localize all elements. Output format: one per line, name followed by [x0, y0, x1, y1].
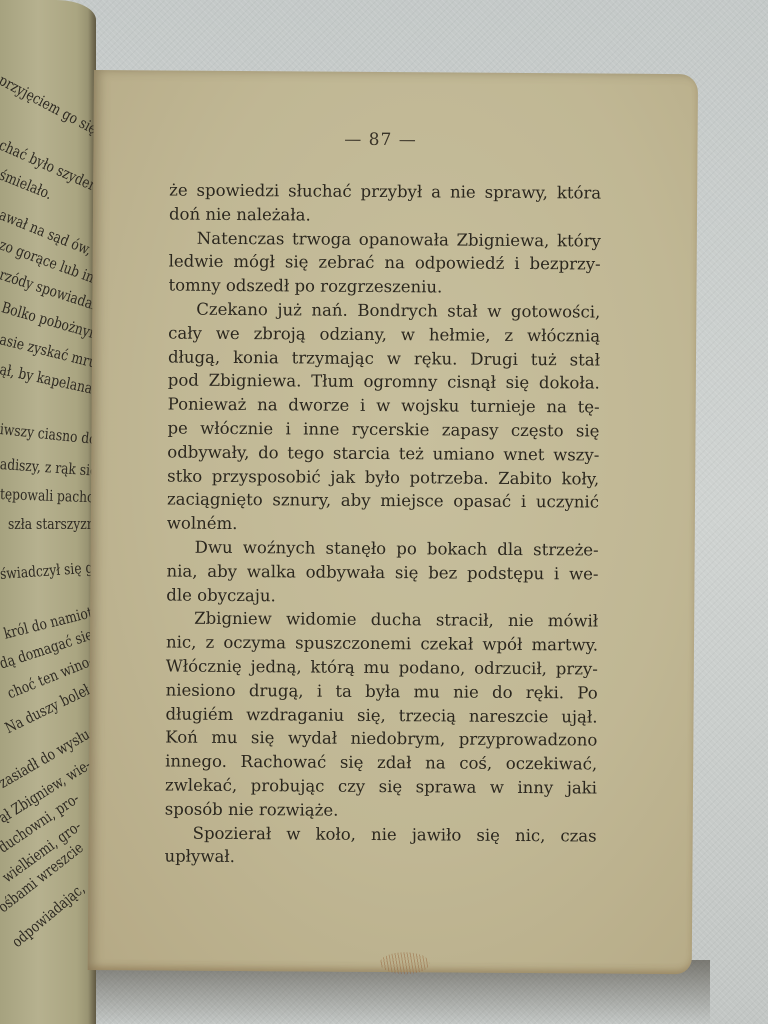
text-line: tomny odszedł po rozgrzeszeniu. — [168, 274, 600, 301]
left-page-text-fragment: iwszy ciasno do — [0, 420, 96, 448]
text-line: ledwie mógł się zebrać na odpowiedź i be… — [169, 250, 601, 277]
text-line: Zbigniew widomie ducha stracił, nie mówi… — [166, 607, 598, 634]
text-line: pod Zbigniewa. Tłum ogromny cisnął się d… — [168, 369, 600, 396]
text-line: stko przysposobić jak było potrzeba. Zab… — [167, 464, 599, 491]
text-line: Włócznię jedną, którą mu podano, odrzuci… — [166, 654, 598, 681]
text-line: Dwu woźnych stanęło po bokach dla strzeż… — [167, 535, 599, 562]
text-line: Natenczas trwoga opanowała Zbigniewa, kt… — [169, 226, 601, 253]
text-line: długiém wzdraganiu się, trzecią nareszci… — [165, 702, 597, 729]
text-line: zwlekać, probując czy się sprawa w inny … — [165, 773, 597, 800]
left-page-text-fragment: tępowali pachoł- — [0, 485, 96, 507]
text-line: cały we zbroją odziany, w hełmie, z włóc… — [168, 321, 600, 348]
page-text: że spowiedzi słuchać przybył a nie spraw… — [164, 179, 601, 872]
text-line: odbywały, do tego starcia też umiano wne… — [167, 440, 599, 467]
paper-stain — [380, 952, 430, 974]
text-line: że spowiedzi słuchać przybył a nie spraw… — [169, 179, 601, 206]
text-line: dle obyczaju. — [166, 583, 598, 610]
text-line: innego. Rachować się zdał na coś, oczeki… — [165, 750, 597, 777]
text-line: Ponieważ na dworze i w wojsku turnieje n… — [168, 393, 600, 420]
text-line: sposób nie rozwiąże. — [165, 797, 597, 824]
text-line: Koń mu się wydał niedobrym, przyprowadzo… — [165, 726, 597, 753]
left-page-text-fragment: szła starszyzna. — [8, 515, 96, 533]
page-number: — 87 — — [93, 128, 667, 152]
text-line: nic, z oczyma spuszczonemi czekał wpół m… — [166, 631, 598, 658]
text-line: pe włócznie i inne rycerskie zapasy częs… — [167, 416, 599, 443]
text-line: wolném. — [167, 512, 599, 539]
left-page-text-fragment: świadczył się go- — [0, 558, 96, 583]
text-line: nia, aby walka odbywała się bez podstępu… — [166, 559, 598, 586]
text-line: Spozierał w koło, nie jawiło się nic, cz… — [165, 821, 597, 848]
text-line: doń nie należała. — [169, 202, 601, 229]
text-line: Czekano już nań. Bondrych stał w gotowoś… — [168, 298, 600, 325]
left-page-text-fragment: adiszy, z rąk się — [0, 455, 96, 480]
text-line: niesiono drugą, i ta była mu nie do ręki… — [166, 678, 598, 705]
text-line: upływał. — [164, 845, 596, 872]
left-page: odpowiadając,ośbami wreszciewielkiemi, g… — [0, 0, 96, 1024]
text-line: zaciągnięto sznury, aby miejsce opasać i… — [167, 488, 599, 515]
text-line: długą, konia trzymając w ręku. Drugi tuż… — [168, 345, 600, 372]
right-page: — 87 — że spowiedzi słuchać przybył a ni… — [88, 70, 698, 974]
left-page-text-fragment: przyjęciem go się — [0, 71, 96, 138]
